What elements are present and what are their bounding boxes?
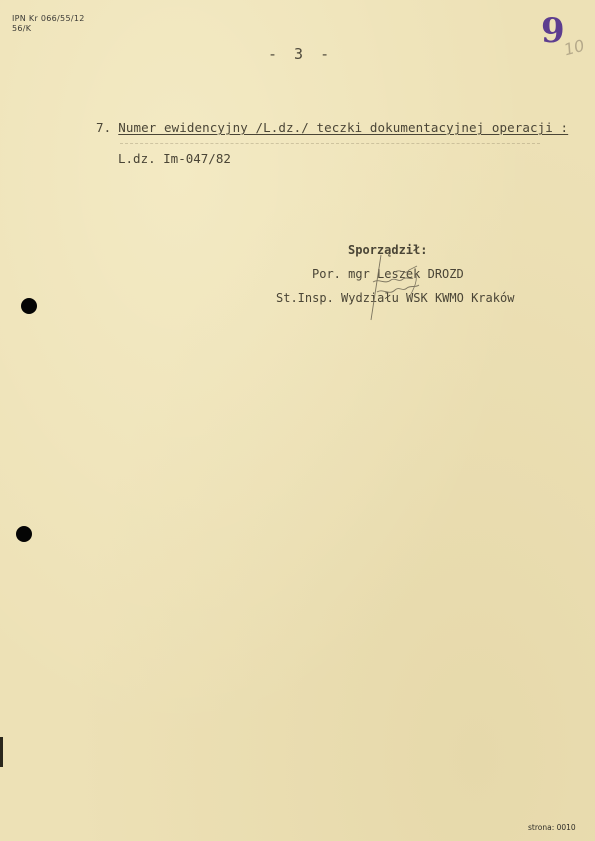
page-counter: strona: 0010 (528, 823, 576, 832)
document-page: IPN Kr 066/55/12 56/K 9 10 - 3 - 7.Numer… (0, 0, 595, 841)
folio-stamp: 9 (541, 14, 565, 48)
section-heading-text: Numer ewidencyjny /L.dz./ teczki dokumen… (118, 120, 568, 135)
scan-edge-shadow (0, 737, 3, 767)
archive-signature: IPN Kr 066/55/12 56/K (12, 14, 85, 34)
dotted-divider (120, 143, 540, 144)
handwritten-signature-icon (355, 252, 435, 322)
punch-hole (21, 298, 37, 314)
archive-signature-line-2: 56/K (12, 24, 85, 34)
punch-hole (16, 526, 32, 542)
folio-pencil-number: 10 (562, 36, 587, 60)
archive-signature-line-1: IPN Kr 066/55/12 (12, 14, 85, 24)
section-heading: 7.Numer ewidencyjny /L.dz./ teczki dokum… (96, 120, 568, 135)
page-number: - 3 - (268, 45, 333, 63)
section-number: 7. (96, 120, 111, 135)
reference-number: L.dz. Im-047/82 (118, 151, 231, 166)
